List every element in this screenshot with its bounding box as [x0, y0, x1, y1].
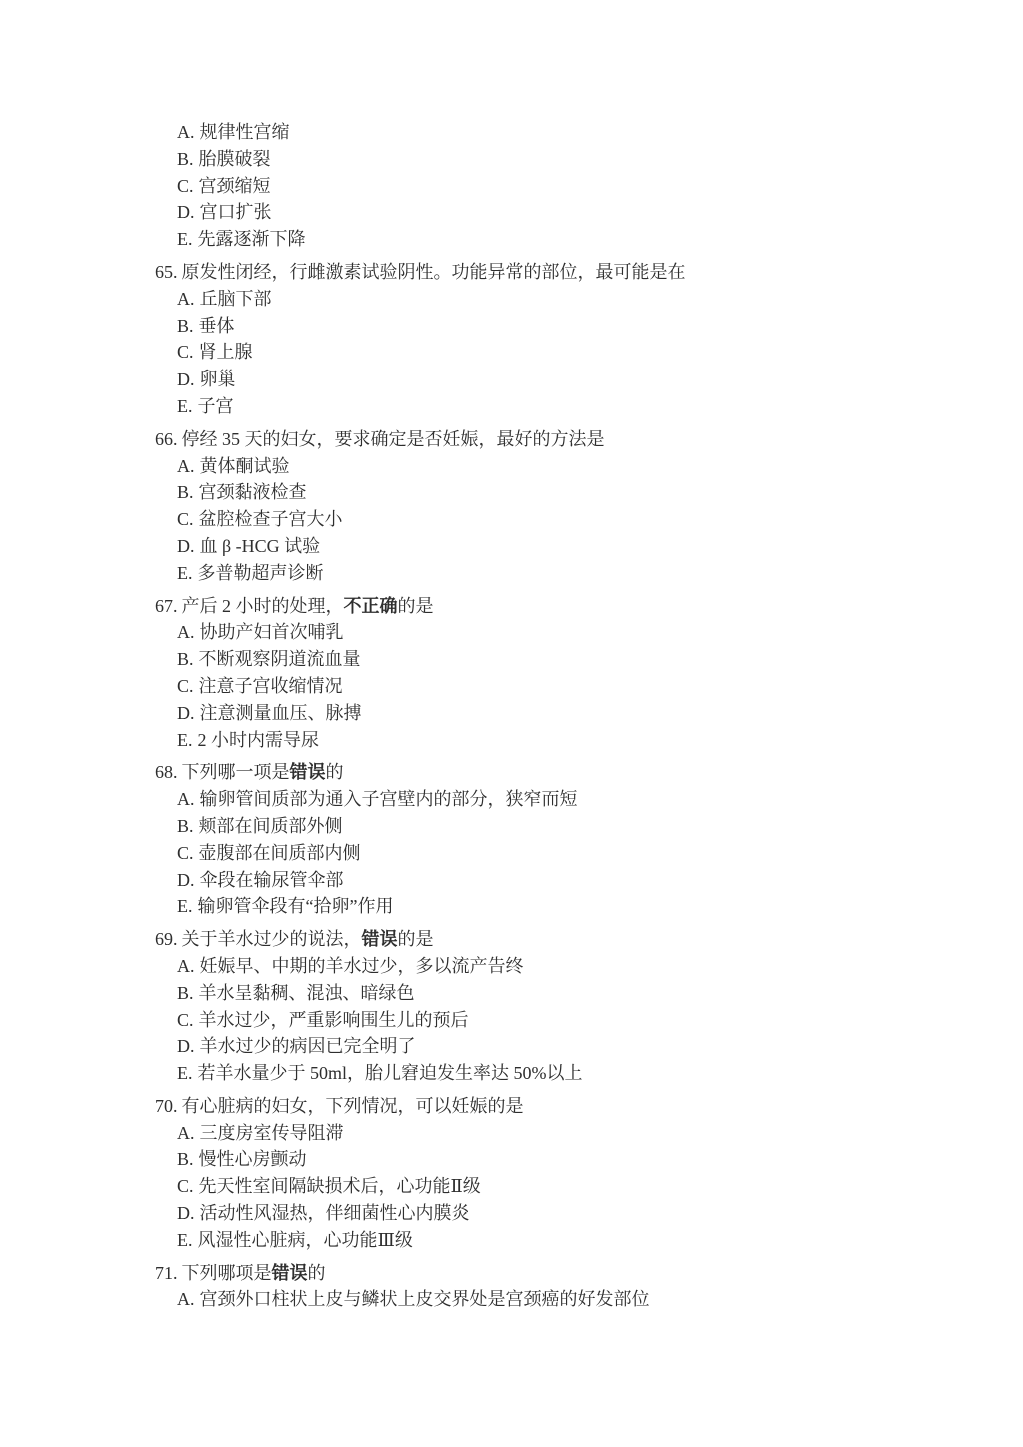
option-line: E.子宫 [155, 393, 963, 420]
option-text: 妊娠早、中期的羊水过少，多以流产告终 [200, 956, 524, 976]
option-label: E. [177, 896, 193, 916]
option-label: E. [177, 563, 193, 583]
option-label: D. [177, 369, 195, 389]
stem-text: 错误 [362, 929, 398, 949]
option-line: D.卵巢 [155, 366, 963, 393]
option-line: E.先露逐渐下降 [155, 226, 963, 253]
option-label: B. [177, 316, 194, 336]
option-line: D.血 β -HCG 试验 [155, 533, 963, 560]
option-text: 先天性室间隔缺损术后，心功能Ⅱ级 [199, 1176, 481, 1196]
option-text: 卵巢 [200, 369, 236, 389]
option-text: 三度房室传导阻滞 [200, 1123, 344, 1143]
option-text: 颊部在间质部外侧 [199, 816, 343, 836]
stem-text: 的 [308, 1263, 326, 1283]
option-line: A.三度房室传导阻滞 [155, 1120, 963, 1147]
option-line: E.2 小时内需导尿 [155, 727, 963, 754]
option-text: 若羊水量少于 50ml，胎儿窘迫发生率达 50%以上 [198, 1063, 583, 1083]
option-text: 规律性宫缩 [200, 122, 290, 142]
option-label: B. [177, 149, 194, 169]
option-label: D. [177, 1036, 195, 1056]
question-block: A.规律性宫缩B.胎膜破裂C.宫颈缩短D.宫口扩张E.先露逐渐下降 [155, 119, 963, 253]
option-text: 丘脑下部 [200, 289, 272, 309]
option-line: A.妊娠早、中期的羊水过少，多以流产告终 [155, 953, 963, 980]
option-line: B.羊水呈黏稠、混浊、暗绿色 [155, 980, 963, 1007]
stem-text: 原发性闭经，行雌激素试验阴性。功能异常的部位，最可能是在 [182, 262, 686, 282]
option-text: 输卵管间质部为通入子宫壁内的部分，狭窄而短 [200, 789, 578, 809]
option-text: 子宫 [198, 396, 234, 416]
option-label: B. [177, 816, 194, 836]
option-line: B.胎膜破裂 [155, 146, 963, 173]
option-text: 宫颈缩短 [199, 176, 271, 196]
option-text: 注意测量血压、脉搏 [200, 703, 362, 723]
option-label: A. [177, 789, 195, 809]
stem-text: 产后 2 小时的处理， [182, 596, 344, 616]
question-block: 69.关于羊水过少的说法，错误的是A.妊娠早、中期的羊水过少，多以流产告终B.羊… [155, 926, 963, 1087]
option-label: E. [177, 396, 193, 416]
option-text: 注意子宫收缩情况 [199, 676, 343, 696]
option-label: C. [177, 843, 194, 863]
option-label: C. [177, 509, 194, 529]
stem-text: 的是 [398, 596, 434, 616]
option-label: E. [177, 1230, 193, 1250]
stem-text: 停经 35 天的妇女，要求确定是否妊娠，最好的方法是 [182, 429, 605, 449]
option-text: 不断观察阴道流血量 [199, 649, 361, 669]
stem-text: 下列哪项是 [182, 1263, 272, 1283]
option-label: B. [177, 983, 194, 1003]
option-text: 肾上腺 [199, 342, 253, 362]
option-text: 血 β -HCG 试验 [200, 536, 321, 556]
option-label: D. [177, 536, 195, 556]
question-block: 68.下列哪一项是错误的A.输卵管间质部为通入子宫壁内的部分，狭窄而短B.颊部在… [155, 759, 963, 920]
stem-text: 的 [326, 762, 344, 782]
option-line: B.颊部在间质部外侧 [155, 813, 963, 840]
option-line: A.丘脑下部 [155, 286, 963, 313]
option-line: C.壶腹部在间质部内侧 [155, 840, 963, 867]
stem-text: 不正确 [344, 596, 398, 616]
option-line: C.肾上腺 [155, 339, 963, 366]
option-label: C. [177, 342, 194, 362]
option-label: A. [177, 1123, 195, 1143]
option-line: B.不断观察阴道流血量 [155, 646, 963, 673]
question-stem: 67.产后 2 小时的处理，不正确的是 [155, 593, 963, 620]
option-line: D.伞段在输尿管伞部 [155, 867, 963, 894]
question-stem: 65.原发性闭经，行雌激素试验阴性。功能异常的部位，最可能是在 [155, 259, 963, 286]
option-line: D.羊水过少的病因已完全明了 [155, 1033, 963, 1060]
option-label: D. [177, 1203, 195, 1223]
option-text: 羊水过少，严重影响围生儿的预后 [199, 1010, 469, 1030]
option-label: A. [177, 456, 195, 476]
option-line: A.黄体酮试验 [155, 453, 963, 480]
question-list: A.规律性宫缩B.胎膜破裂C.宫颈缩短D.宫口扩张E.先露逐渐下降65.原发性闭… [155, 119, 963, 1313]
option-text: 胎膜破裂 [199, 149, 271, 169]
question-block: 71.下列哪项是错误的A.宫颈外口柱状上皮与鳞状上皮交界处是宫颈癌的好发部位 [155, 1260, 963, 1314]
option-line: A.宫颈外口柱状上皮与鳞状上皮交界处是宫颈癌的好发部位 [155, 1286, 963, 1313]
exam-page: A.规律性宫缩B.胎膜破裂C.宫颈缩短D.宫口扩张E.先露逐渐下降65.原发性闭… [0, 0, 1023, 1447]
option-label: E. [177, 229, 193, 249]
option-line: B.慢性心房颤动 [155, 1146, 963, 1173]
option-line: D.注意测量血压、脉搏 [155, 700, 963, 727]
option-text: 盆腔检查子宫大小 [199, 509, 343, 529]
option-text: 伞段在输尿管伞部 [200, 870, 344, 890]
question-number: 69. [155, 929, 178, 949]
option-text: 2 小时内需导尿 [198, 730, 320, 750]
question-stem: 70.有心脏病的妇女，下列情况，可以妊娠的是 [155, 1093, 963, 1120]
option-text: 多普勒超声诊断 [198, 563, 324, 583]
option-label: A. [177, 122, 195, 142]
stem-text: 下列哪一项是 [182, 762, 290, 782]
option-label: A. [177, 289, 195, 309]
stem-text: 错误 [290, 762, 326, 782]
option-text: 协助产妇首次哺乳 [200, 622, 344, 642]
option-line: A.规律性宫缩 [155, 119, 963, 146]
option-text: 风湿性心脏病，心功能Ⅲ级 [198, 1230, 413, 1250]
option-label: A. [177, 1289, 195, 1309]
option-label: B. [177, 649, 194, 669]
option-line: C.先天性室间隔缺损术后，心功能Ⅱ级 [155, 1173, 963, 1200]
option-label: C. [177, 676, 194, 696]
stem-text: 的是 [398, 929, 434, 949]
option-line: D.活动性风湿热，伴细菌性心内膜炎 [155, 1200, 963, 1227]
option-text: 输卵管伞段有“拾卵”作用 [198, 896, 394, 916]
option-line: E.多普勒超声诊断 [155, 560, 963, 587]
question-stem: 68.下列哪一项是错误的 [155, 759, 963, 786]
option-line: D.宫口扩张 [155, 199, 963, 226]
option-label: C. [177, 176, 194, 196]
option-text: 羊水过少的病因已完全明了 [200, 1036, 416, 1056]
option-label: A. [177, 956, 195, 976]
option-label: D. [177, 202, 195, 222]
question-block: 70.有心脏病的妇女，下列情况，可以妊娠的是A.三度房室传导阻滞B.慢性心房颤动… [155, 1093, 963, 1254]
option-text: 宫颈外口柱状上皮与鳞状上皮交界处是宫颈癌的好发部位 [200, 1289, 650, 1309]
option-label: E. [177, 1063, 193, 1083]
stem-text: 有心脏病的妇女，下列情况，可以妊娠的是 [182, 1096, 524, 1116]
option-label: D. [177, 870, 195, 890]
question-block: 65.原发性闭经，行雌激素试验阴性。功能异常的部位，最可能是在A.丘脑下部B.垂… [155, 259, 963, 420]
question-number: 68. [155, 762, 178, 782]
option-label: B. [177, 1149, 194, 1169]
question-stem: 71.下列哪项是错误的 [155, 1260, 963, 1287]
stem-text: 关于羊水过少的说法， [182, 929, 362, 949]
option-text: 垂体 [199, 316, 235, 336]
option-label: C. [177, 1010, 194, 1030]
option-text: 羊水呈黏稠、混浊、暗绿色 [199, 983, 415, 1003]
option-line: B.宫颈黏液检查 [155, 479, 963, 506]
stem-text: 错误 [272, 1263, 308, 1283]
question-block: 67.产后 2 小时的处理，不正确的是A.协助产妇首次哺乳B.不断观察阴道流血量… [155, 593, 963, 754]
question-stem: 69.关于羊水过少的说法，错误的是 [155, 926, 963, 953]
question-number: 66. [155, 429, 178, 449]
option-text: 活动性风湿热，伴细菌性心内膜炎 [200, 1203, 470, 1223]
option-text: 宫颈黏液检查 [199, 482, 307, 502]
option-line: B.垂体 [155, 313, 963, 340]
option-line: A.协助产妇首次哺乳 [155, 619, 963, 646]
option-line: C.盆腔检查子宫大小 [155, 506, 963, 533]
option-line: A.输卵管间质部为通入子宫壁内的部分，狭窄而短 [155, 786, 963, 813]
option-label: E. [177, 730, 193, 750]
option-line: C.宫颈缩短 [155, 173, 963, 200]
question-stem: 66.停经 35 天的妇女，要求确定是否妊娠，最好的方法是 [155, 426, 963, 453]
question-block: 66.停经 35 天的妇女，要求确定是否妊娠，最好的方法是A.黄体酮试验B.宫颈… [155, 426, 963, 587]
option-line: E.输卵管伞段有“拾卵”作用 [155, 893, 963, 920]
question-number: 65. [155, 262, 178, 282]
option-line: E.若羊水量少于 50ml，胎儿窘迫发生率达 50%以上 [155, 1060, 963, 1087]
option-text: 壶腹部在间质部内侧 [199, 843, 361, 863]
option-text: 先露逐渐下降 [198, 229, 306, 249]
option-label: C. [177, 1176, 194, 1196]
option-text: 慢性心房颤动 [199, 1149, 307, 1169]
option-label: A. [177, 622, 195, 642]
option-text: 宫口扩张 [200, 202, 272, 222]
option-label: D. [177, 703, 195, 723]
option-label: B. [177, 482, 194, 502]
question-number: 70. [155, 1096, 178, 1116]
option-line: E.风湿性心脏病，心功能Ⅲ级 [155, 1227, 963, 1254]
question-number: 71. [155, 1263, 178, 1283]
option-line: C.羊水过少，严重影响围生儿的预后 [155, 1007, 963, 1034]
option-text: 黄体酮试验 [200, 456, 290, 476]
question-number: 67. [155, 596, 178, 616]
option-line: C.注意子宫收缩情况 [155, 673, 963, 700]
